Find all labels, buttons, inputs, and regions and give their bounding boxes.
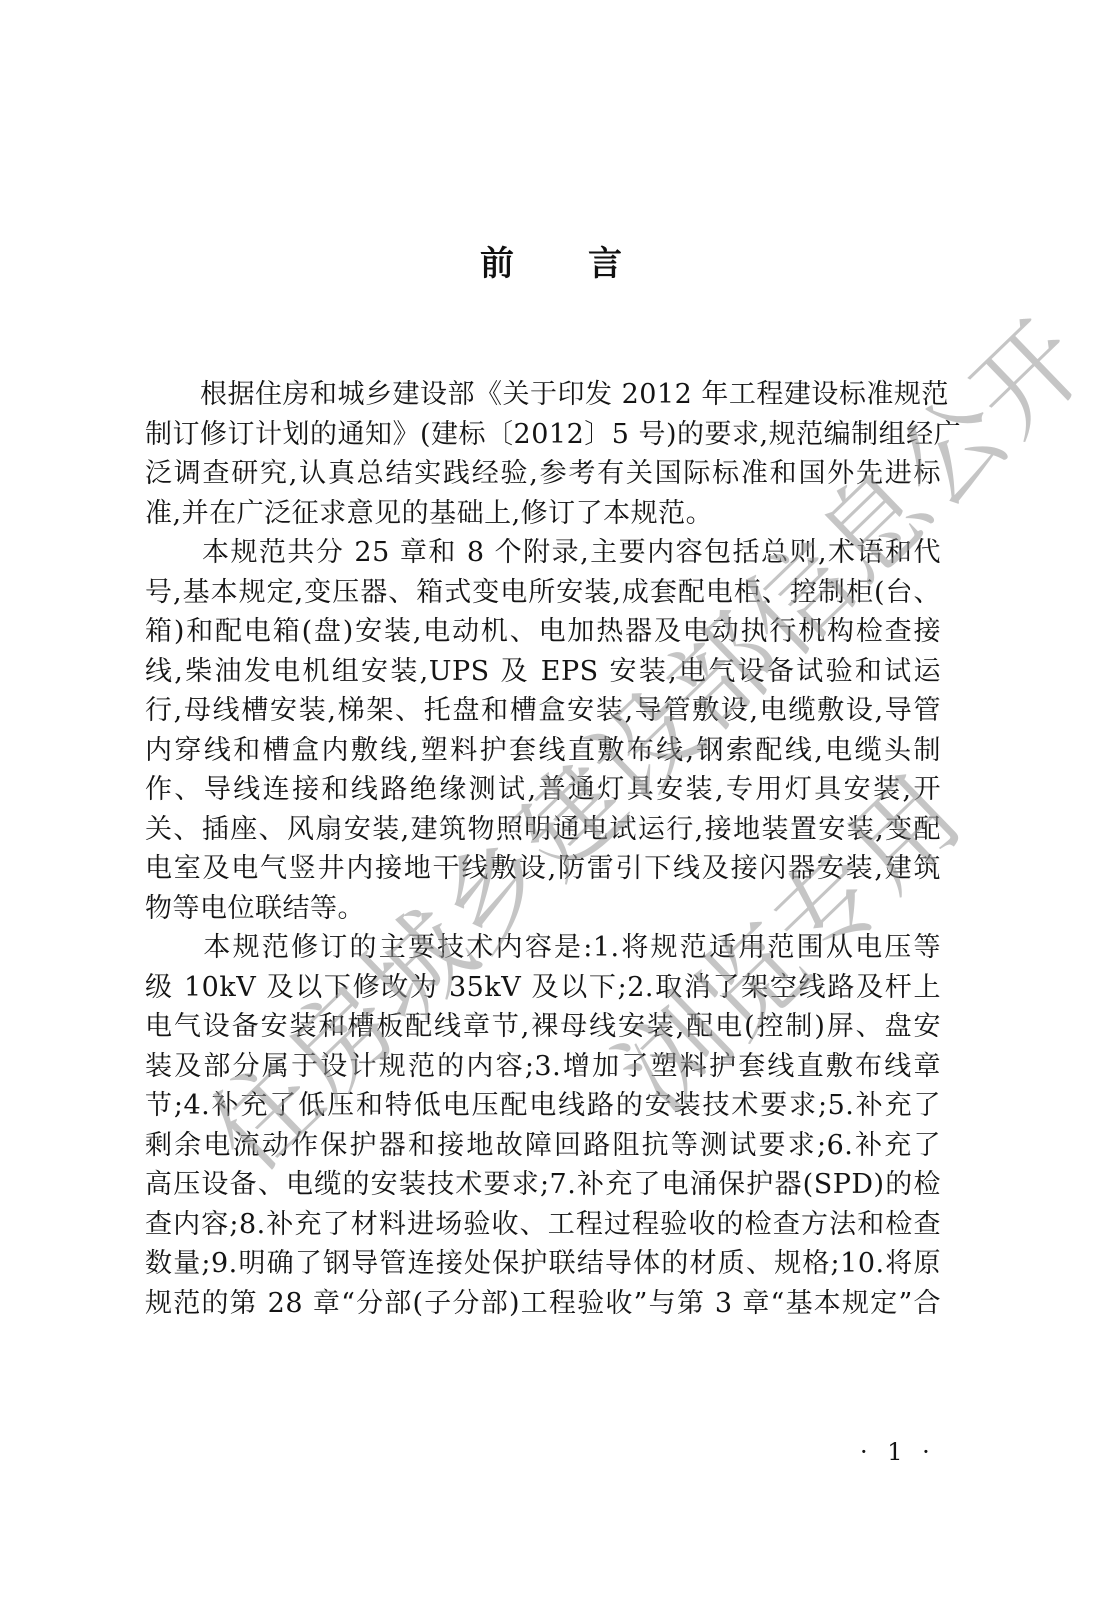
text-line: 线,柴油发电机组安装,UPS 及 EPS 安装,电气设备试验和试运 [145, 652, 941, 692]
body-text: 根据住房和城乡建设部《关于印发 2012 年工程建设标准规范 制订修订计划的通知… [145, 375, 941, 1323]
title-char-1: 前 [480, 236, 514, 285]
text-line: 内穿线和槽盒内敷线,塑料护套线直敷布线,钢索配线,电缆头制 [145, 731, 941, 771]
text-line: 规范的第 28 章“分部(子分部)工程验收”与第 3 章“基本规定”合 [145, 1284, 941, 1324]
text-line: 号,基本规定,变压器、箱式变电所安装,成套配电柜、控制柜(台、 [145, 573, 941, 613]
text-line: 电气设备安装和槽板配线章节,裸母线安装,配电(控制)屏、盘安 [145, 1007, 941, 1047]
page-number: · 1 · [860, 1438, 936, 1466]
text-line: 装及部分属于设计规范的内容;3.增加了塑料护套线直敷布线章 [145, 1047, 941, 1087]
paragraph-3: 本规范修订的主要技术内容是:1.将规范适用范围从电压等 级 10kV 及以下修改… [145, 928, 941, 1323]
text-line: 作、导线连接和线路绝缘测试,普通灯具安装,专用灯具安装,开 [145, 770, 941, 810]
text-line: 准,并在广泛征求意见的基础上,修订了本规范。 [145, 494, 941, 534]
text-line: 本规范修订的主要技术内容是:1.将规范适用范围从电压等 [145, 928, 941, 968]
text-line: 电室及电气竖井内接地干线敷设,防雷引下线及接闪器安装,建筑 [145, 849, 941, 889]
text-line: 物等电位联结等。 [145, 889, 941, 929]
paragraph-1: 根据住房和城乡建设部《关于印发 2012 年工程建设标准规范 制订修订计划的通知… [145, 375, 941, 533]
text-line: 数量;9.明确了钢导管连接处保护联结导体的材质、规格;10.将原 [145, 1244, 941, 1284]
text-line: 高压设备、电缆的安装技术要求;7.补充了电涌保护器(SPD)的检 [145, 1165, 941, 1205]
text-line: 剩余电流动作保护器和接地故障回路阻抗等测试要求;6.补充了 [145, 1126, 941, 1166]
text-line: 行,母线槽安装,梯架、托盘和槽盒安装,导管敷设,电缆敷设,导管 [145, 691, 941, 731]
document-page: 前言 根据住房和城乡建设部《关于印发 2012 年工程建设标准规范 制订修订计划… [0, 0, 1102, 1598]
paragraph-2: 本规范共分 25 章和 8 个附录,主要内容包括总则,术语和代 号,基本规定,变… [145, 533, 941, 928]
text-line: 关、插座、风扇安装,建筑物照明通电试运行,接地装置安装,变配 [145, 810, 941, 850]
text-line: 根据住房和城乡建设部《关于印发 2012 年工程建设标准规范 [145, 375, 941, 415]
text-line: 级 10kV 及以下修改为 35kV 及以下;2.取消了架空线路及杆上 [145, 968, 941, 1008]
text-line: 节;4.补充了低压和特低电压配电线路的安装技术要求;5.补充了 [145, 1086, 941, 1126]
text-line: 箱)和配电箱(盘)安装,电动机、电加热器及电动执行机构检查接 [145, 612, 941, 652]
text-line: 泛调查研究,认真总结实践经验,参考有关国际标准和国外先进标 [145, 454, 941, 494]
text-line: 查内容;8.补充了材料进场验收、工程过程验收的检查方法和检查 [145, 1205, 941, 1245]
text-line: 制订修订计划的通知》(建标〔2012〕5 号)的要求,规范编制组经广 [145, 415, 941, 455]
title-char-2: 言 [588, 236, 622, 285]
text-line: 本规范共分 25 章和 8 个附录,主要内容包括总则,术语和代 [145, 533, 941, 573]
page-title: 前言 [0, 236, 1102, 285]
